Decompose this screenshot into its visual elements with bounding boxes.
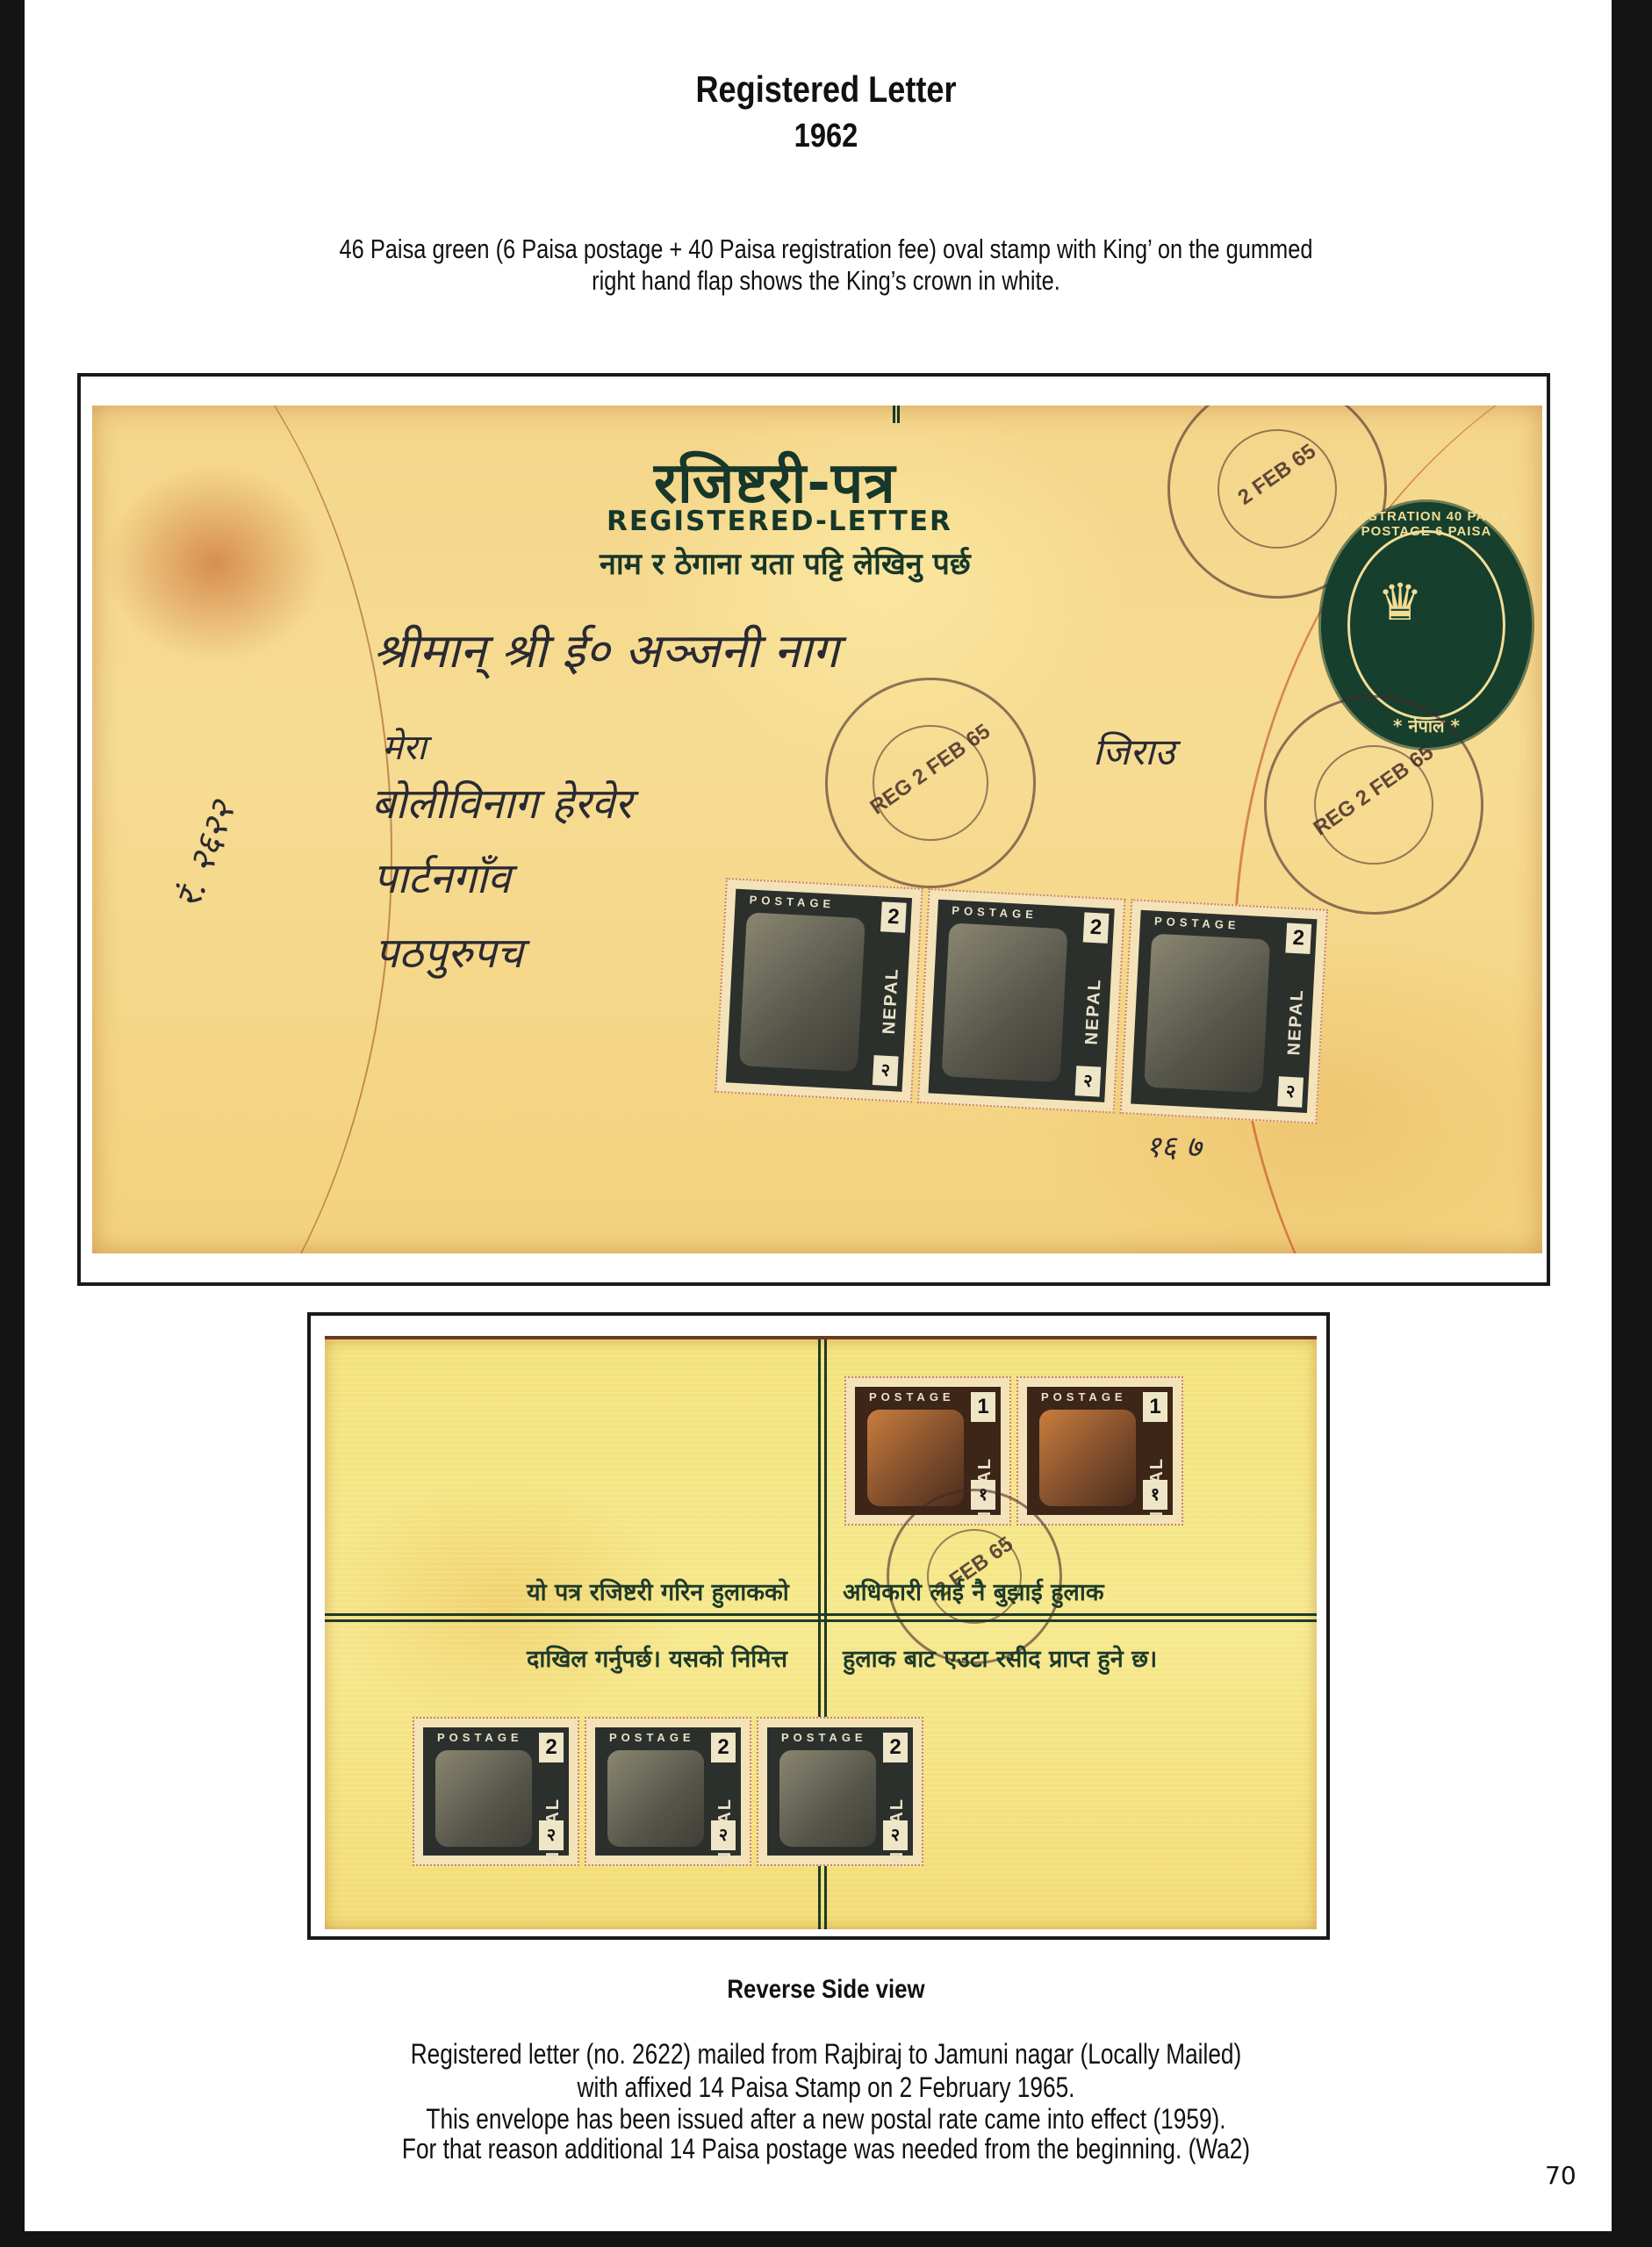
- description-line-1: 46 Paisa green (6 Paisa postage + 40 Pai…: [148, 233, 1503, 265]
- divider-horizontal: [325, 1613, 1317, 1622]
- handwritten-note: १६ ७: [1146, 1125, 1202, 1166]
- king-portrait-icon: [739, 912, 866, 1072]
- caption-line-2: with affixed 14 Paisa Stamp on 2 Februar…: [148, 2071, 1503, 2103]
- printed-instruction: अधिकारी लाई नै बुझाई हुलाक: [843, 1575, 1104, 1607]
- scan-border-left: [0, 0, 25, 2247]
- scan-border-bottom: [0, 2231, 1652, 2247]
- postage-stamp: POSTAGE NEPAL 2 २: [917, 888, 1126, 1113]
- page-title: Registered Letter: [116, 68, 1537, 111]
- reverse-side-label: Reverse Side view: [116, 1975, 1537, 2005]
- front-envelope: रजिष्टरी-पत्र REGISTERED-LETTER नाम र ठे…: [92, 406, 1542, 1253]
- reverse-envelope: POSTAGE NEPAL 1 १ POSTAGE NEPAL 1 १ 2 FE…: [325, 1336, 1317, 1929]
- king-portrait-icon: [779, 1750, 876, 1847]
- printed-instruction: यो पत्र रजिष्टरी गरिन हुलाकको: [527, 1575, 789, 1607]
- page-number: 70: [1545, 2161, 1577, 2190]
- scan-border-right: [1612, 0, 1652, 2247]
- address-line: मेरा: [382, 721, 427, 770]
- caption-line-1: Registered letter (no. 2622) mailed from…: [148, 2038, 1503, 2070]
- king-portrait-icon: [1144, 933, 1270, 1093]
- postage-stamp: POSTAGE NEPAL 2 २: [715, 878, 923, 1102]
- page-year: 1962: [116, 118, 1537, 155]
- description-line-2: right hand flap shows the King’s crown i…: [148, 265, 1503, 297]
- address-line: बोलीविनाग हेरवेर: [371, 774, 632, 831]
- postage-stamp: POSTAGE NEPAL 1 १: [1016, 1376, 1183, 1526]
- postage-stamp: POSTAGE NEPAL 2 २: [585, 1717, 751, 1866]
- king-portrait-icon: [1039, 1410, 1136, 1506]
- king-portrait-icon: [435, 1750, 532, 1847]
- address-line: पार्टनगाँव: [373, 849, 511, 906]
- king-portrait-icon: [607, 1750, 704, 1847]
- postage-stamp: POSTAGE NEPAL 2 २: [413, 1717, 579, 1866]
- address-line: पठपुरुपच: [375, 923, 523, 980]
- header-mark: [893, 406, 900, 423]
- caption-line-3: This envelope has been issued after a ne…: [148, 2103, 1503, 2135]
- caption-line-4: For that reason additional 14 Paisa post…: [148, 2133, 1503, 2164]
- handwritten-note: जिराउ: [1093, 726, 1174, 776]
- envelope-header-english: REGISTERED-LETTER: [607, 506, 952, 537]
- postage-stamp: POSTAGE NEPAL 2 २: [757, 1717, 923, 1866]
- postage-stamp: POSTAGE NEPAL 2 २: [1120, 899, 1329, 1123]
- address-line: श्रीमान् श्री ई० अञ्जनी नाग: [373, 616, 839, 681]
- envelope-header-instruction: नाम र ठेगाना यता पट्टि लेखिनु पर्छ: [600, 542, 971, 583]
- oval-stamp-inscription: REGISTRATION 40 PAISA · POSTAGE 6 PAISA: [1321, 509, 1532, 539]
- printed-instruction: दाखिल गर्नुपर्छ। यसको निमित्त: [527, 1641, 787, 1674]
- crown-icon: ♛: [1374, 572, 1426, 634]
- envelope-flap-fold: [92, 406, 392, 1253]
- postmark: REG 2 FEB 65: [1264, 695, 1483, 915]
- king-portrait-icon: [942, 922, 1068, 1082]
- stamp-strip-front: POSTAGE NEPAL 2 २ POSTAGE NEPAL 2 २ POST…: [715, 878, 1333, 1124]
- stamp-strip-reverse-bottom: POSTAGE NEPAL 2 २ POSTAGE NEPAL 2 २ POST…: [413, 1717, 929, 1866]
- postmark: REG 2 FEB 65: [825, 678, 1036, 888]
- printed-instruction: हुलाक बाट एउटा रसीद प्राप्त हुने छ।: [843, 1641, 1157, 1674]
